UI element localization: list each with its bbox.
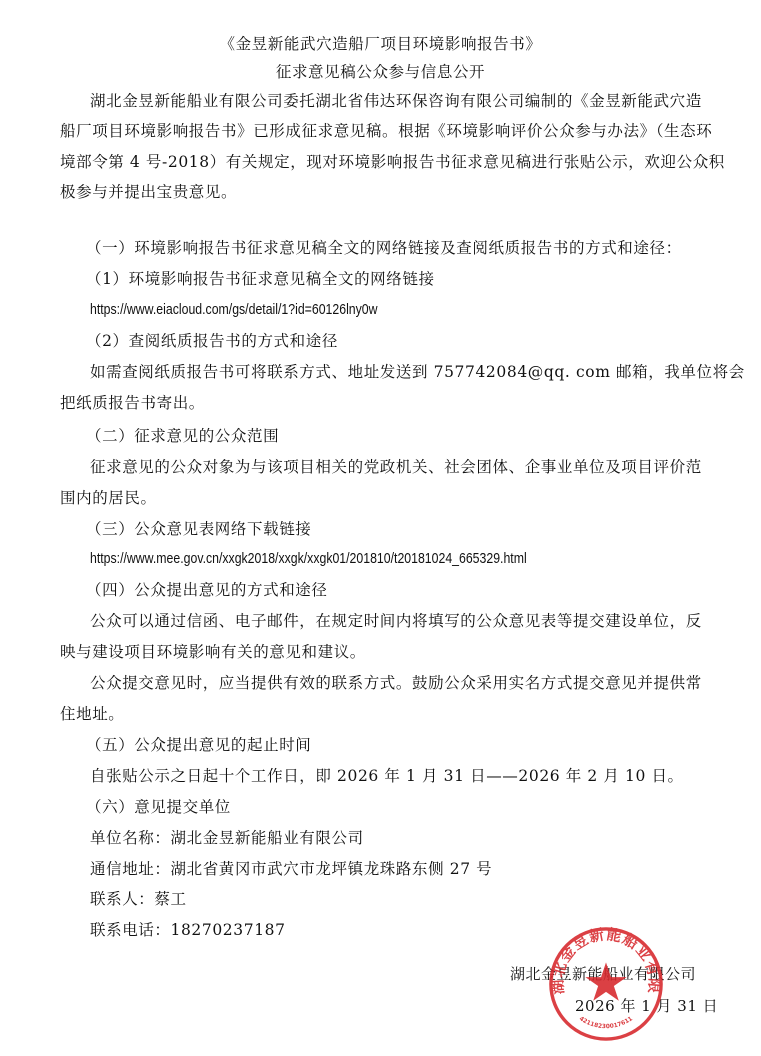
- section-4-heading: （四）公众提出意见的方式和途径: [86, 580, 328, 600]
- signature-date: 2026 年 1 月 31 日: [575, 996, 718, 1016]
- document-title: 《金昱新能武穴造船厂项目环境影响报告书》: [0, 34, 761, 54]
- section-3-heading: （三）公众意见表网络下载链接: [86, 519, 311, 539]
- period-text: 自张贴公示之日起十个工作日，即 2026 年 1 月 31 日——2026 年 …: [90, 766, 684, 786]
- section-1-item-1-heading: （1）环境影响报告书征求意见稿全文的网络链接: [86, 269, 435, 289]
- form-download-link[interactable]: https://www.mee.gov.cn/xxgk2018/xxgk/xxg…: [90, 549, 527, 569]
- paper-report-text-2: 把纸质报告书寄出。: [60, 393, 205, 413]
- intro-line-4: 极参与并提出宝贵意见。: [60, 182, 237, 202]
- contact-person: 联系人：蔡工: [90, 889, 187, 909]
- intro-line-2: 船厂项目环境影响报告书》已形成征求意见稿。根据《环境影响评价公众参与办法》（生态…: [60, 121, 712, 141]
- svg-text:湖北金昱新能船业有限公司: 湖北金昱新能船业有限公司: [547, 925, 664, 995]
- unit-name: 单位名称：湖北金昱新能船业有限公司: [90, 828, 364, 848]
- signature-company: 湖北金昱新能船业有限公司: [510, 964, 696, 984]
- contact-phone: 联系电话：18270237187: [90, 920, 286, 940]
- report-link[interactable]: https://www.eiacloud.com/gs/detail/1?id=…: [90, 300, 378, 320]
- section-2-heading: （二）征求意见的公众范围: [86, 426, 279, 446]
- section-1-heading: （一）环境影响报告书征求意见稿全文的网络链接及查阅纸质报告书的方式和途径：: [86, 238, 682, 258]
- paper-report-text-1: 如需查阅纸质报告书可将联系方式、地址发送到 757742084@qq. com …: [90, 362, 745, 382]
- company-seal-icon: 湖北金昱新能船业有限公司 42118230017611: [547, 925, 665, 1043]
- section-5-heading: （五）公众提出意见的起止时间: [86, 735, 311, 755]
- mailing-address: 通信地址：湖北省黄冈市武穴市龙坪镇龙珠路东侧 27 号: [90, 859, 492, 879]
- intro-line-3: 境部令第 4 号-2018）有关规定，现对环境影响报告书征求意见稿进行张贴公示，…: [60, 152, 725, 172]
- method-text-4: 住地址。: [60, 704, 124, 724]
- method-text-3: 公众提交意见时，应当提供有效的联系方式。鼓励公众采用实名方式提交意见并提供常: [90, 673, 702, 693]
- scope-text-1: 征求意见的公众对象为与该项目相关的党政机关、社会团体、企事业单位及项目评价范: [90, 457, 702, 477]
- intro-line-1: 湖北金昱新能船业有限公司委托湖北省伟达环保咨询有限公司编制的《金昱新能武穴造: [90, 91, 702, 111]
- method-text-2: 映与建设项目环境影响有关的意见和建议。: [60, 642, 366, 662]
- section-6-heading: （六）意见提交单位: [86, 797, 231, 817]
- document-subtitle: 征求意见稿公众参与信息公开: [0, 62, 761, 82]
- scope-text-2: 围内的居民。: [60, 488, 157, 508]
- svg-text:42118230017611: 42118230017611: [578, 1016, 634, 1030]
- method-text-1: 公众可以通过信函、电子邮件，在规定时间内将填写的公众意见表等提交建设单位，反: [90, 611, 702, 631]
- section-1-item-2-heading: （2）查阅纸质报告书的方式和途径: [86, 331, 338, 351]
